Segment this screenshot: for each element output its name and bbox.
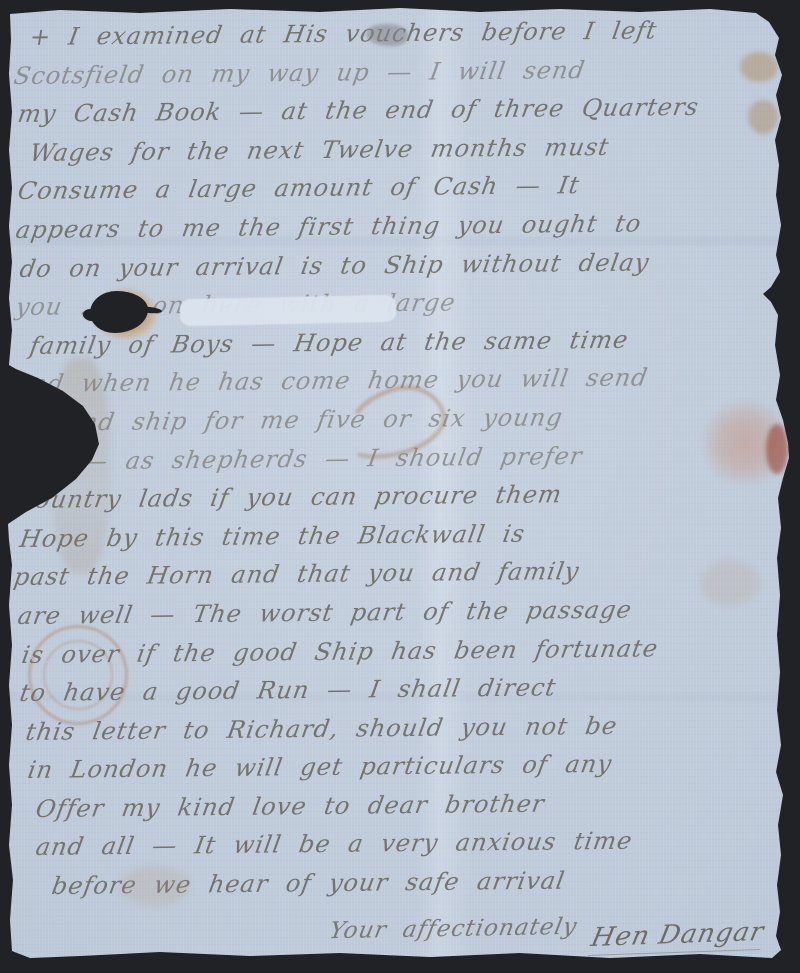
scan-background: + I examined at His vouchers before I le… — [0, 0, 800, 973]
letter-line: before we hear of your safe arrival — [49, 859, 800, 905]
closing: Your affectionately — [327, 914, 580, 944]
signature-row: Your affectionately Hen Dangar — [0, 908, 800, 963]
letter-body: + I examined at His vouchers before I le… — [0, 18, 800, 906]
signature: Hen Dangar — [588, 917, 767, 956]
letter-paper: + I examined at His vouchers before I le… — [0, 0, 800, 973]
